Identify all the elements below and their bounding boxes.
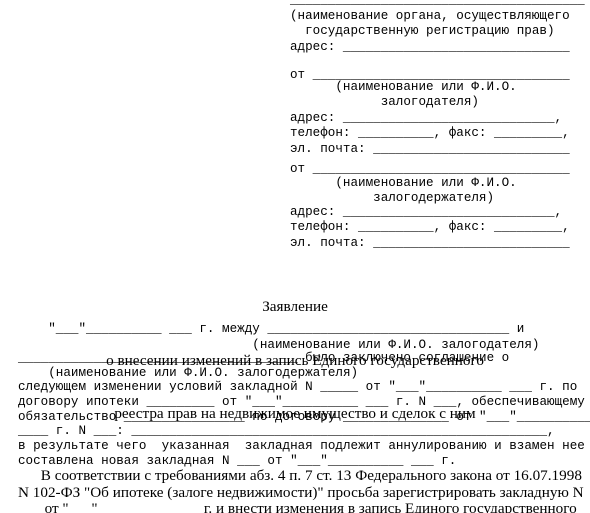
pledgee-field-line[interactable]: _____________________________________ бы… bbox=[18, 351, 509, 367]
contract-number-line[interactable]: ____ г. N ___: _________________________… bbox=[18, 424, 555, 440]
pledgee-address-field[interactable]: адрес: ____________________________, bbox=[290, 205, 562, 221]
registry-name-field[interactable]: _______________________________________ bbox=[290, 0, 585, 9]
mortgage-contract-line[interactable]: договору ипотеки _________ от "___"_____… bbox=[18, 395, 585, 411]
paragraph-line-3[interactable]: ___ от "___"__________ ___ г. и внести и… bbox=[18, 500, 577, 513]
mortgage-note-line[interactable]: следующем изменении условий закладной N … bbox=[18, 380, 577, 396]
pledgee-caption-1: (наименование или Ф.И.О. bbox=[290, 176, 517, 192]
pledgee-phone-fax-field[interactable]: телефон: __________, факс: _________, bbox=[290, 220, 570, 236]
pledgor-caption-2: залогодателя) bbox=[290, 95, 479, 111]
pledgor-phone-fax-field[interactable]: телефон: __________, факс: _________, bbox=[290, 126, 570, 142]
pledgor-email-field[interactable]: эл. почта: __________________________ bbox=[290, 142, 570, 158]
pledgor-caption-1: (наименование или Ф.И.О. bbox=[290, 80, 517, 96]
title-line-1: Заявление bbox=[0, 298, 590, 316]
annulment-line: в результате чего указанная закладная по… bbox=[18, 439, 585, 455]
registry-address-field[interactable]: адрес: ______________________________ bbox=[290, 40, 570, 56]
pledgee-email-field[interactable]: эл. почта: __________________________ bbox=[290, 236, 570, 252]
registry-caption-1: (наименование органа, осуществляющего bbox=[290, 9, 570, 25]
registry-caption-2: государственную регистрацию прав) bbox=[290, 24, 555, 40]
agreement-date-parties-line[interactable]: "___"__________ ___ г. между ___________… bbox=[18, 322, 524, 338]
recipient-header: _______________________________________ … bbox=[290, 0, 590, 296]
pledgor-address-field[interactable]: адрес: ____________________________, bbox=[290, 111, 562, 127]
paragraph-line-1: В соответствии с требованиями абз. 4 п. … bbox=[18, 467, 582, 485]
